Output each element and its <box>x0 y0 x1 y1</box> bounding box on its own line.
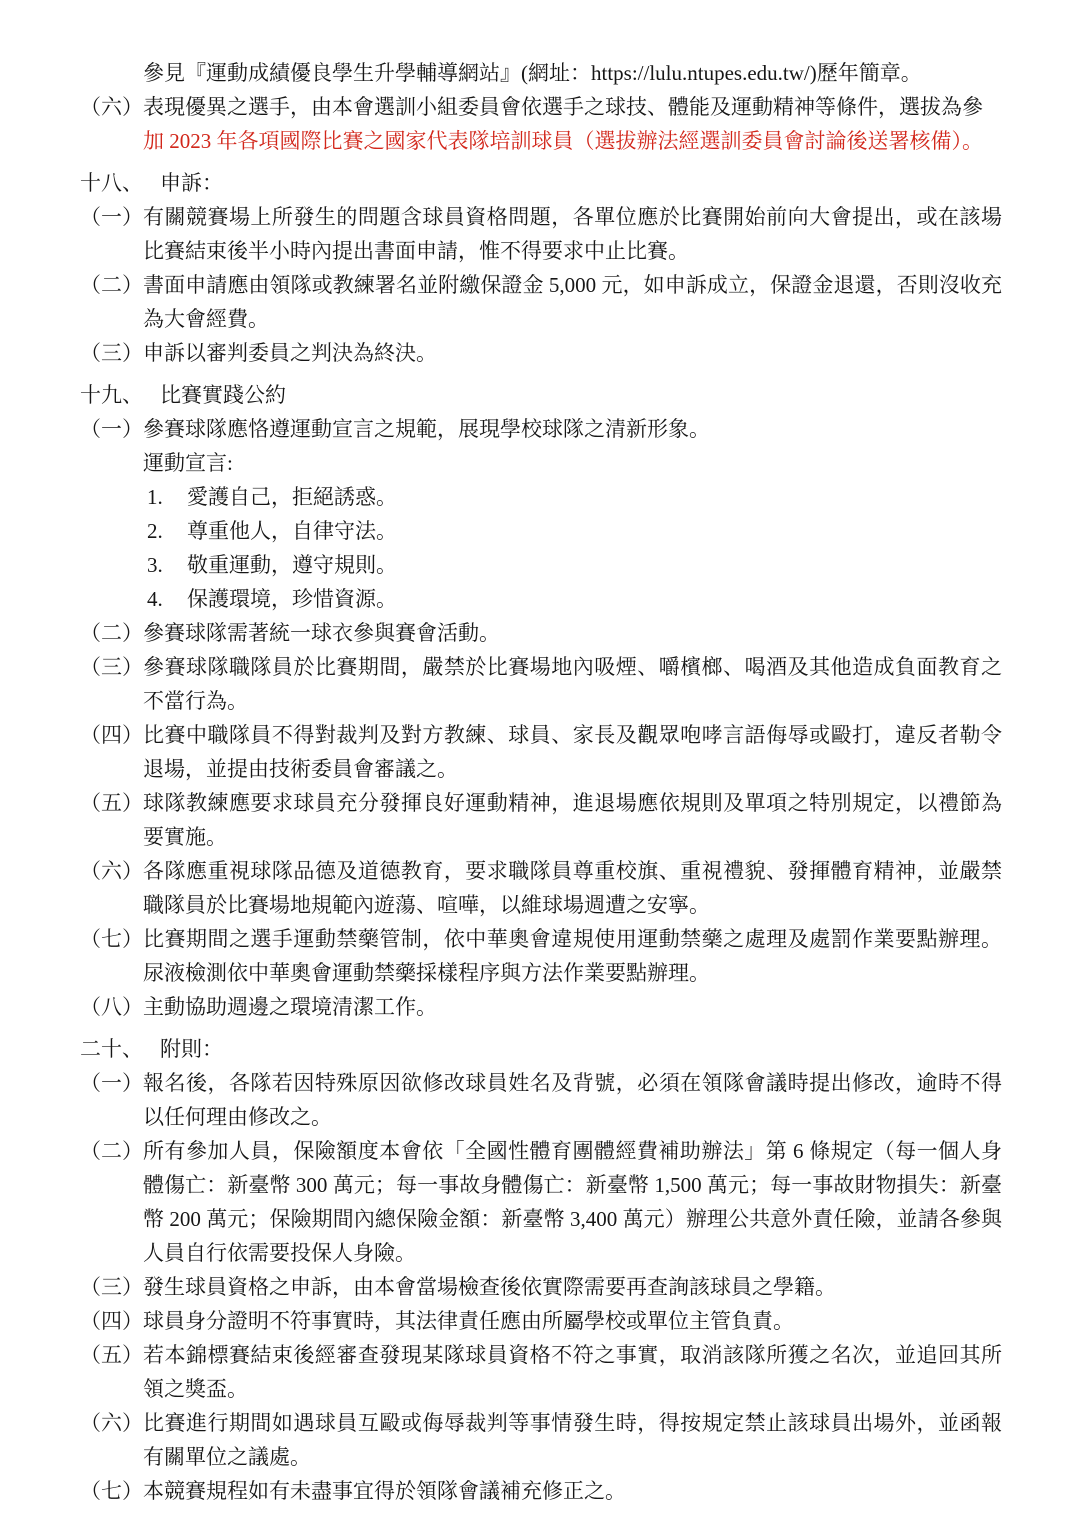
section-20-header: 二十、 附則： <box>80 1032 1002 1066</box>
declaration-number: 1. <box>147 480 187 514</box>
list-item: （一） 參賽球隊應恪遵運動宣言之規範，展現學校球隊之清新形象。 <box>80 412 1002 446</box>
item-label: （七） <box>80 922 143 956</box>
item-text: 球隊教練應要求球員充分發揮良好運動精神，進退場應依規則及單項之特別規定，以禮節為… <box>143 786 1002 854</box>
list-item: （八） 主動協助週邊之環境清潔工作。 <box>80 990 1002 1024</box>
item-label: （四） <box>80 1304 143 1338</box>
item-label: （五） <box>80 1338 143 1372</box>
item-label: （一） <box>80 200 143 234</box>
list-item: （五） 球隊教練應要求球員充分發揮良好運動精神，進退場應依規則及單項之特別規定，… <box>80 786 1002 854</box>
section-title: 附則： <box>160 1032 1002 1066</box>
item-label: （五） <box>80 786 143 820</box>
item-text: 比賽期間之選手運動禁藥管制，依中華奧會違規使用運動禁藥之處理及處罰作業要點辦理。… <box>143 922 1002 990</box>
item-text: 球員身分證明不符事實時，其法律責任應由所屬學校或單位主管負責。 <box>143 1304 1002 1338</box>
item-label: （一） <box>80 1066 143 1100</box>
list-item: （五） 若本錦標賽結束後經審查發現某隊球員資格不符之事實，取消該隊所獲之名次，並… <box>80 1338 1002 1406</box>
item-text: 申訴以審判委員之判決為終決。 <box>143 336 1002 370</box>
list-item: （六） 各隊應重視球隊品德及道德教育，要求職隊員尊重校旗、重視禮貌、發揮體育精神… <box>80 854 1002 922</box>
section-19-header: 十九、 比賽實踐公約 <box>80 378 1002 412</box>
section-number: 十九、 <box>80 378 160 412</box>
document-page: 參見『運動成績優良學生升學輔導網站』(網址：https://lulu.ntupe… <box>0 0 1077 1508</box>
list-item-prelude-6: （六） 表現優異之選手，由本會選訓小組委員會依選手之球技、體能及運動精神等條件，… <box>80 90 1002 158</box>
item-label: （三） <box>80 336 143 370</box>
carryover-continuation-text: 參見『運動成績優良學生升學輔導網站』(網址：https://lulu.ntupe… <box>143 56 1002 90</box>
item-text: 參賽球隊需著統一球衣參與賽會活動。 <box>143 616 1002 650</box>
declaration-number: 4. <box>147 582 187 616</box>
item-text: 書面申請應由領隊或教練署名並附繳保證金 5,000 元，如申訴成立，保證金退還，… <box>143 268 1002 336</box>
list-item: （四） 比賽中職隊員不得對裁判及對方教練、球員、家長及觀眾咆哮言語侮辱或毆打，違… <box>80 718 1002 786</box>
item-label: （三） <box>80 1270 143 1304</box>
declaration-text: 保護環境，珍惜資源。 <box>187 582 1002 616</box>
item-text: 比賽進行期間如遇球員互毆或侮辱裁判等事情發生時，得按規定禁止該球員出場外，並函報… <box>143 1406 1002 1474</box>
declaration-number: 3. <box>147 548 187 582</box>
list-item: （三） 發生球員資格之申訴，由本會當場檢查後依實際需要再查詢該球員之學籍。 <box>80 1270 1002 1304</box>
item-text: 所有參加人員，保險額度本會依「全國性體育團體經費補助辦法」第 6 條規定（每一個… <box>143 1134 1002 1270</box>
item-label: （七） <box>80 1474 143 1508</box>
item-label: （一） <box>80 412 143 446</box>
declaration-text: 愛護自己，拒絕誘惑。 <box>187 480 1002 514</box>
declaration-number: 2. <box>147 514 187 548</box>
list-item: （三） 參賽球隊職隊員於比賽期間，嚴禁於比賽場地內吸煙、嚼檳榔、喝酒及其他造成負… <box>80 650 1002 718</box>
list-item: （四） 球員身分證明不符事實時，其法律責任應由所屬學校或單位主管負責。 <box>80 1304 1002 1338</box>
item-text-red-highlight: 加 2023 年各項國際比賽之國家代表隊培訓球員（選拔辦法經選訓委員會討論後送署… <box>143 124 1002 158</box>
declaration-item: 3. 敬重運動，遵守規則。 <box>147 548 1002 582</box>
declaration-item: 1. 愛護自己，拒絕誘惑。 <box>147 480 1002 514</box>
item-label: （二） <box>80 1134 143 1168</box>
item-text: 主動協助週邊之環境清潔工作。 <box>143 990 1002 1024</box>
list-item: （三） 申訴以審判委員之判決為終決。 <box>80 336 1002 370</box>
list-item: （一） 有關競賽場上所發生的問題含球員資格問題，各單位應於比賽開始前向大會提出，… <box>80 200 1002 268</box>
item-text: 參賽球隊職隊員於比賽期間，嚴禁於比賽場地內吸煙、嚼檳榔、喝酒及其他造成負面教育之… <box>143 650 1002 718</box>
list-item: （一） 報名後，各隊若因特殊原因欲修改球員姓名及背號，必須在領隊會議時提出修改，… <box>80 1066 1002 1134</box>
item-label: （三） <box>80 650 143 684</box>
section-title: 比賽實踐公約 <box>160 378 1002 412</box>
item-label: （四） <box>80 718 143 752</box>
item-label: （二） <box>80 268 143 302</box>
declaration-item: 2. 尊重他人，自律守法。 <box>147 514 1002 548</box>
section-title: 申訴： <box>160 166 1002 200</box>
item-content: 表現優異之選手，由本會選訓小組委員會依選手之球技、體能及運動精神等條件，選拔為參… <box>143 90 1002 158</box>
declaration-heading: 運動宣言: <box>143 446 1002 480</box>
item-text: 發生球員資格之申訴，由本會當場檢查後依實際需要再查詢該球員之學籍。 <box>143 1270 1002 1304</box>
section-number: 二十、 <box>80 1032 160 1066</box>
item-text: 有關競賽場上所發生的問題含球員資格問題，各單位應於比賽開始前向大會提出，或在該場… <box>143 200 1002 268</box>
item-text: 各隊應重視球隊品德及道德教育，要求職隊員尊重校旗、重視禮貌、發揮體育精神，並嚴禁… <box>143 854 1002 922</box>
item-label: （八） <box>80 990 143 1024</box>
list-item: （二） 所有參加人員，保險額度本會依「全國性體育團體經費補助辦法」第 6 條規定… <box>80 1134 1002 1270</box>
item-label: （六） <box>80 854 143 888</box>
item-text: 本競賽規程如有未盡事宜得於領隊會議補充修正之。 <box>143 1474 1002 1508</box>
item-text-black: 表現優異之選手，由本會選訓小組委員會依選手之球技、體能及運動精神等條件，選拔為參 <box>143 90 1002 124</box>
section-number: 十八、 <box>80 166 160 200</box>
item-text: 參賽球隊應恪遵運動宣言之規範，展現學校球隊之清新形象。 <box>143 412 1002 446</box>
item-text: 若本錦標賽結束後經審查發現某隊球員資格不符之事實，取消該隊所獲之名次，並追回其所… <box>143 1338 1002 1406</box>
declaration-text: 敬重運動，遵守規則。 <box>187 548 1002 582</box>
item-label: （六） <box>80 1406 143 1440</box>
item-text: 比賽中職隊員不得對裁判及對方教練、球員、家長及觀眾咆哮言語侮辱或毆打，違反者勒令… <box>143 718 1002 786</box>
item-text: 報名後，各隊若因特殊原因欲修改球員姓名及背號，必須在領隊會議時提出修改，逾時不得… <box>143 1066 1002 1134</box>
declaration-item: 4. 保護環境，珍惜資源。 <box>147 582 1002 616</box>
list-item: （二） 參賽球隊需著統一球衣參與賽會活動。 <box>80 616 1002 650</box>
list-item: （二） 書面申請應由領隊或教練署名並附繳保證金 5,000 元，如申訴成立，保證… <box>80 268 1002 336</box>
item-label: （二） <box>80 616 143 650</box>
item-label: （六） <box>80 90 143 124</box>
list-item: （七） 比賽期間之選手運動禁藥管制，依中華奧會違規使用運動禁藥之處理及處罰作業要… <box>80 922 1002 990</box>
list-item: （七） 本競賽規程如有未盡事宜得於領隊會議補充修正之。 <box>80 1474 1002 1508</box>
section-18-header: 十八、 申訴： <box>80 166 1002 200</box>
list-item: （六） 比賽進行期間如遇球員互毆或侮辱裁判等事情發生時，得按規定禁止該球員出場外… <box>80 1406 1002 1474</box>
declaration-text: 尊重他人，自律守法。 <box>187 514 1002 548</box>
